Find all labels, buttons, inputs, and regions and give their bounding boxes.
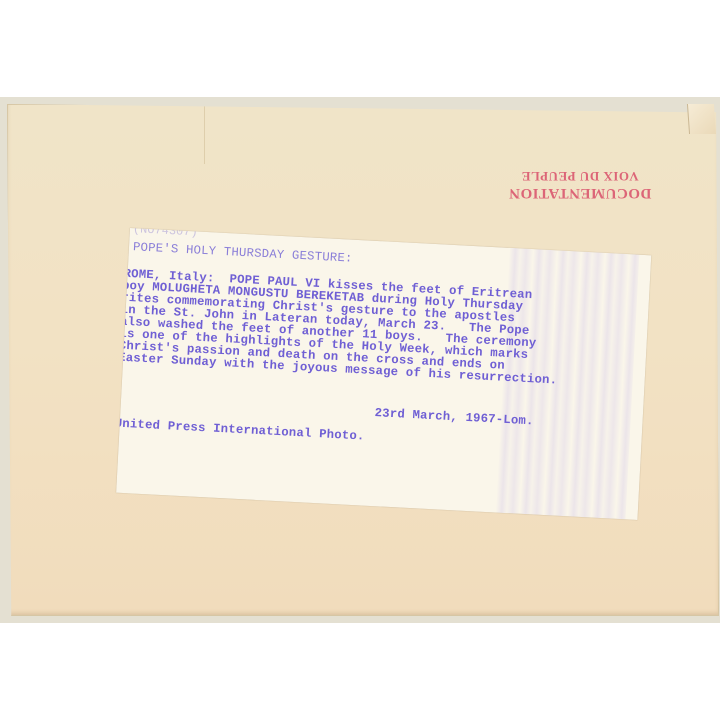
photo-credit: United Press International Photo. — [116, 417, 365, 442]
caption-slip: (NO74307) POPE'S HOLY THURSDAY GESTURE: … — [116, 228, 651, 520]
caption-text: POPE'S HOLY THURSDAY GESTURE: ROME, Ital… — [122, 228, 652, 416]
folded-corner — [687, 104, 716, 134]
stamp-line-documentation: DOCUMENTATION — [495, 184, 665, 201]
caption-headline: POPE'S HOLY THURSDAY GESTURE: — [133, 241, 353, 265]
archive-stamp: DOCUMENTATION VOIX DU PEUPLE — [495, 168, 665, 201]
stamp-line-voix-du-peuple: VOIX DU PEUPLE — [495, 168, 665, 184]
